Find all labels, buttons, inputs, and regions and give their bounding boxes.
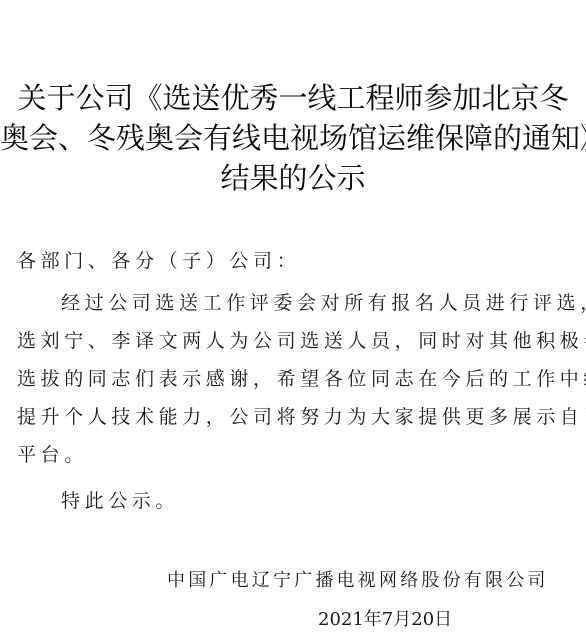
title-line-2: 奥会、冬残奥会有线电视场馆运维保障的通知》 [0, 118, 586, 158]
body-paragraph: 经过公司选送工作评委会对所有报名人员进行评选，推 选刘宁、李译文两人为公司选送人… [17, 284, 573, 474]
issuer-signature: 中国广电辽宁广播电视网络股份有限公司 [167, 566, 549, 592]
notice-document: 关于公司《选送优秀一线工程师参加北京冬 奥会、冬残奥会有线电视场馆运维保障的通知… [0, 0, 586, 638]
body-line-1: 经过公司选送工作评委会对所有报名人员进行评选，推 [17, 284, 573, 322]
title-line-3: 结果的公示 [0, 158, 586, 198]
title-line-1: 关于公司《选送优秀一线工程师参加北京冬 [0, 78, 586, 118]
issue-date: 2021年7月20日 [318, 605, 452, 631]
body-line-5: 平台。 [17, 436, 573, 474]
salutation: 各部门、各分（子）公司： [17, 246, 573, 273]
document-title: 关于公司《选送优秀一线工程师参加北京冬 奥会、冬残奥会有线电视场馆运维保障的通知… [0, 78, 586, 198]
closing-remark: 特此公示。 [61, 486, 586, 513]
body-line-4: 提升个人技术能力，公司将努力为大家提供更多展示自己的 [17, 398, 573, 436]
body-line-2: 选刘宁、李译文两人为公司选送人员，同时对其他积极参与 [17, 322, 573, 360]
body-line-3: 选拔的同志们表示感谢，希望各位同志在今后的工作中继续 [17, 360, 573, 398]
